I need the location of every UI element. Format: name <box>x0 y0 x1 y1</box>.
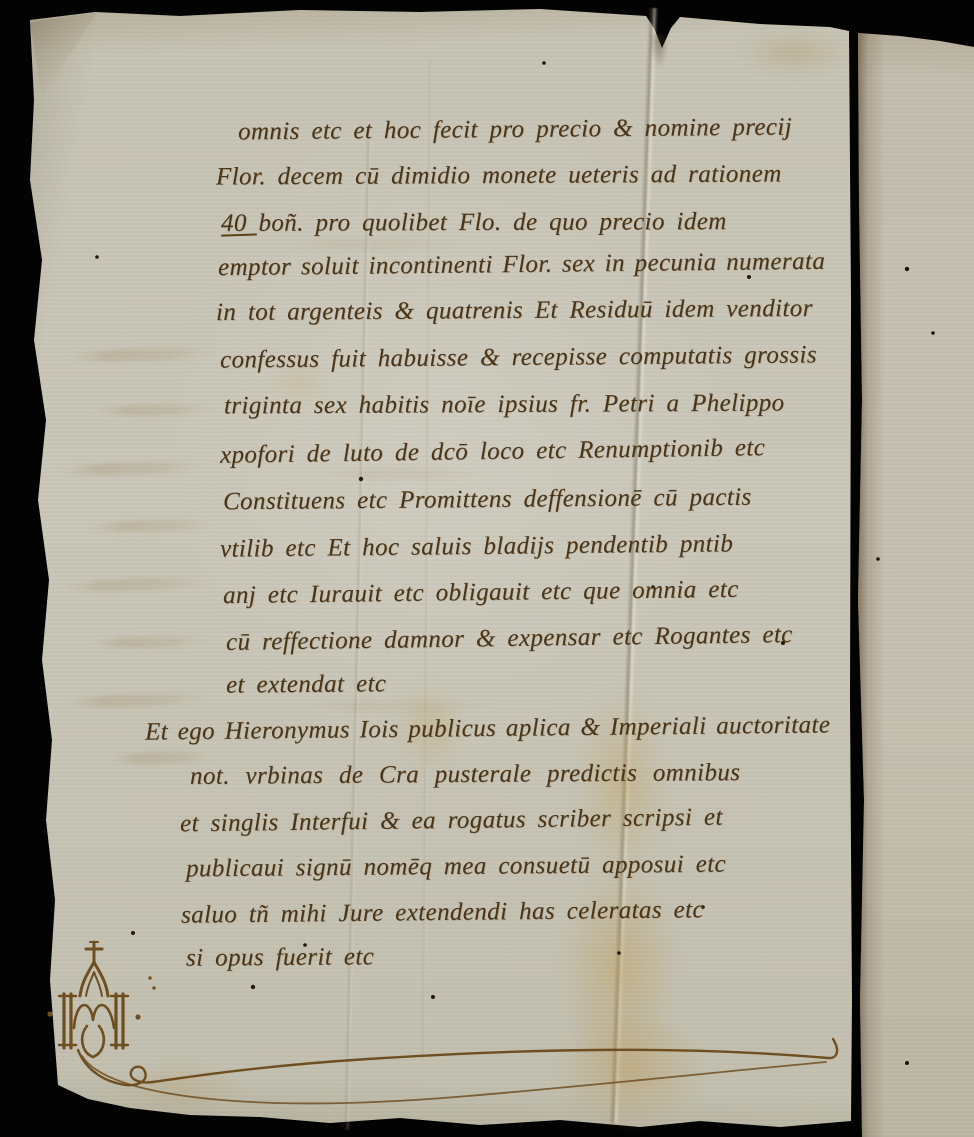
text-line: in tot argenteis & quatrenis Et Residuū … <box>216 295 813 327</box>
top-edge-tear-shadow <box>650 34 668 68</box>
verso-ink-showthrough <box>280 238 470 250</box>
ink-specks <box>0 0 2 2</box>
text-line: publicaui signū nomēq mea consuetū appos… <box>186 851 726 884</box>
verso-ink-showthrough <box>320 468 490 480</box>
text-line: triginta sex habitis noīe ipsius fr. Pet… <box>224 390 785 421</box>
photograph-of-manuscript: omnis etc et hoc fecit pro precio & nomi… <box>0 0 974 1137</box>
notarial-signum-icon <box>38 938 858 1137</box>
text-line: Flor. decem cū dimidio monete ueteris ad… <box>216 161 782 192</box>
text-line: not. vrbinas de Cra pusterale predictis … <box>190 759 741 791</box>
text-line: 40 boñ. pro quolibet Flo. de quo precio … <box>221 208 727 238</box>
water-stain <box>740 30 850 75</box>
text-line: et extendat etc <box>226 670 387 699</box>
text-line: Constituens etc Promittens deffensionē c… <box>223 484 752 517</box>
text-line: saluo tñ mihi Jure extendendi has celera… <box>181 896 704 929</box>
text-line: omnis etc et hoc fecit pro precio & nomi… <box>238 114 792 147</box>
verso-ink-showthrough <box>300 700 500 712</box>
text-line: confessus fuit habuisse & recepisse comp… <box>220 341 817 374</box>
text-line: vtilib etc Et hoc saluis bladijs pendent… <box>220 530 733 563</box>
